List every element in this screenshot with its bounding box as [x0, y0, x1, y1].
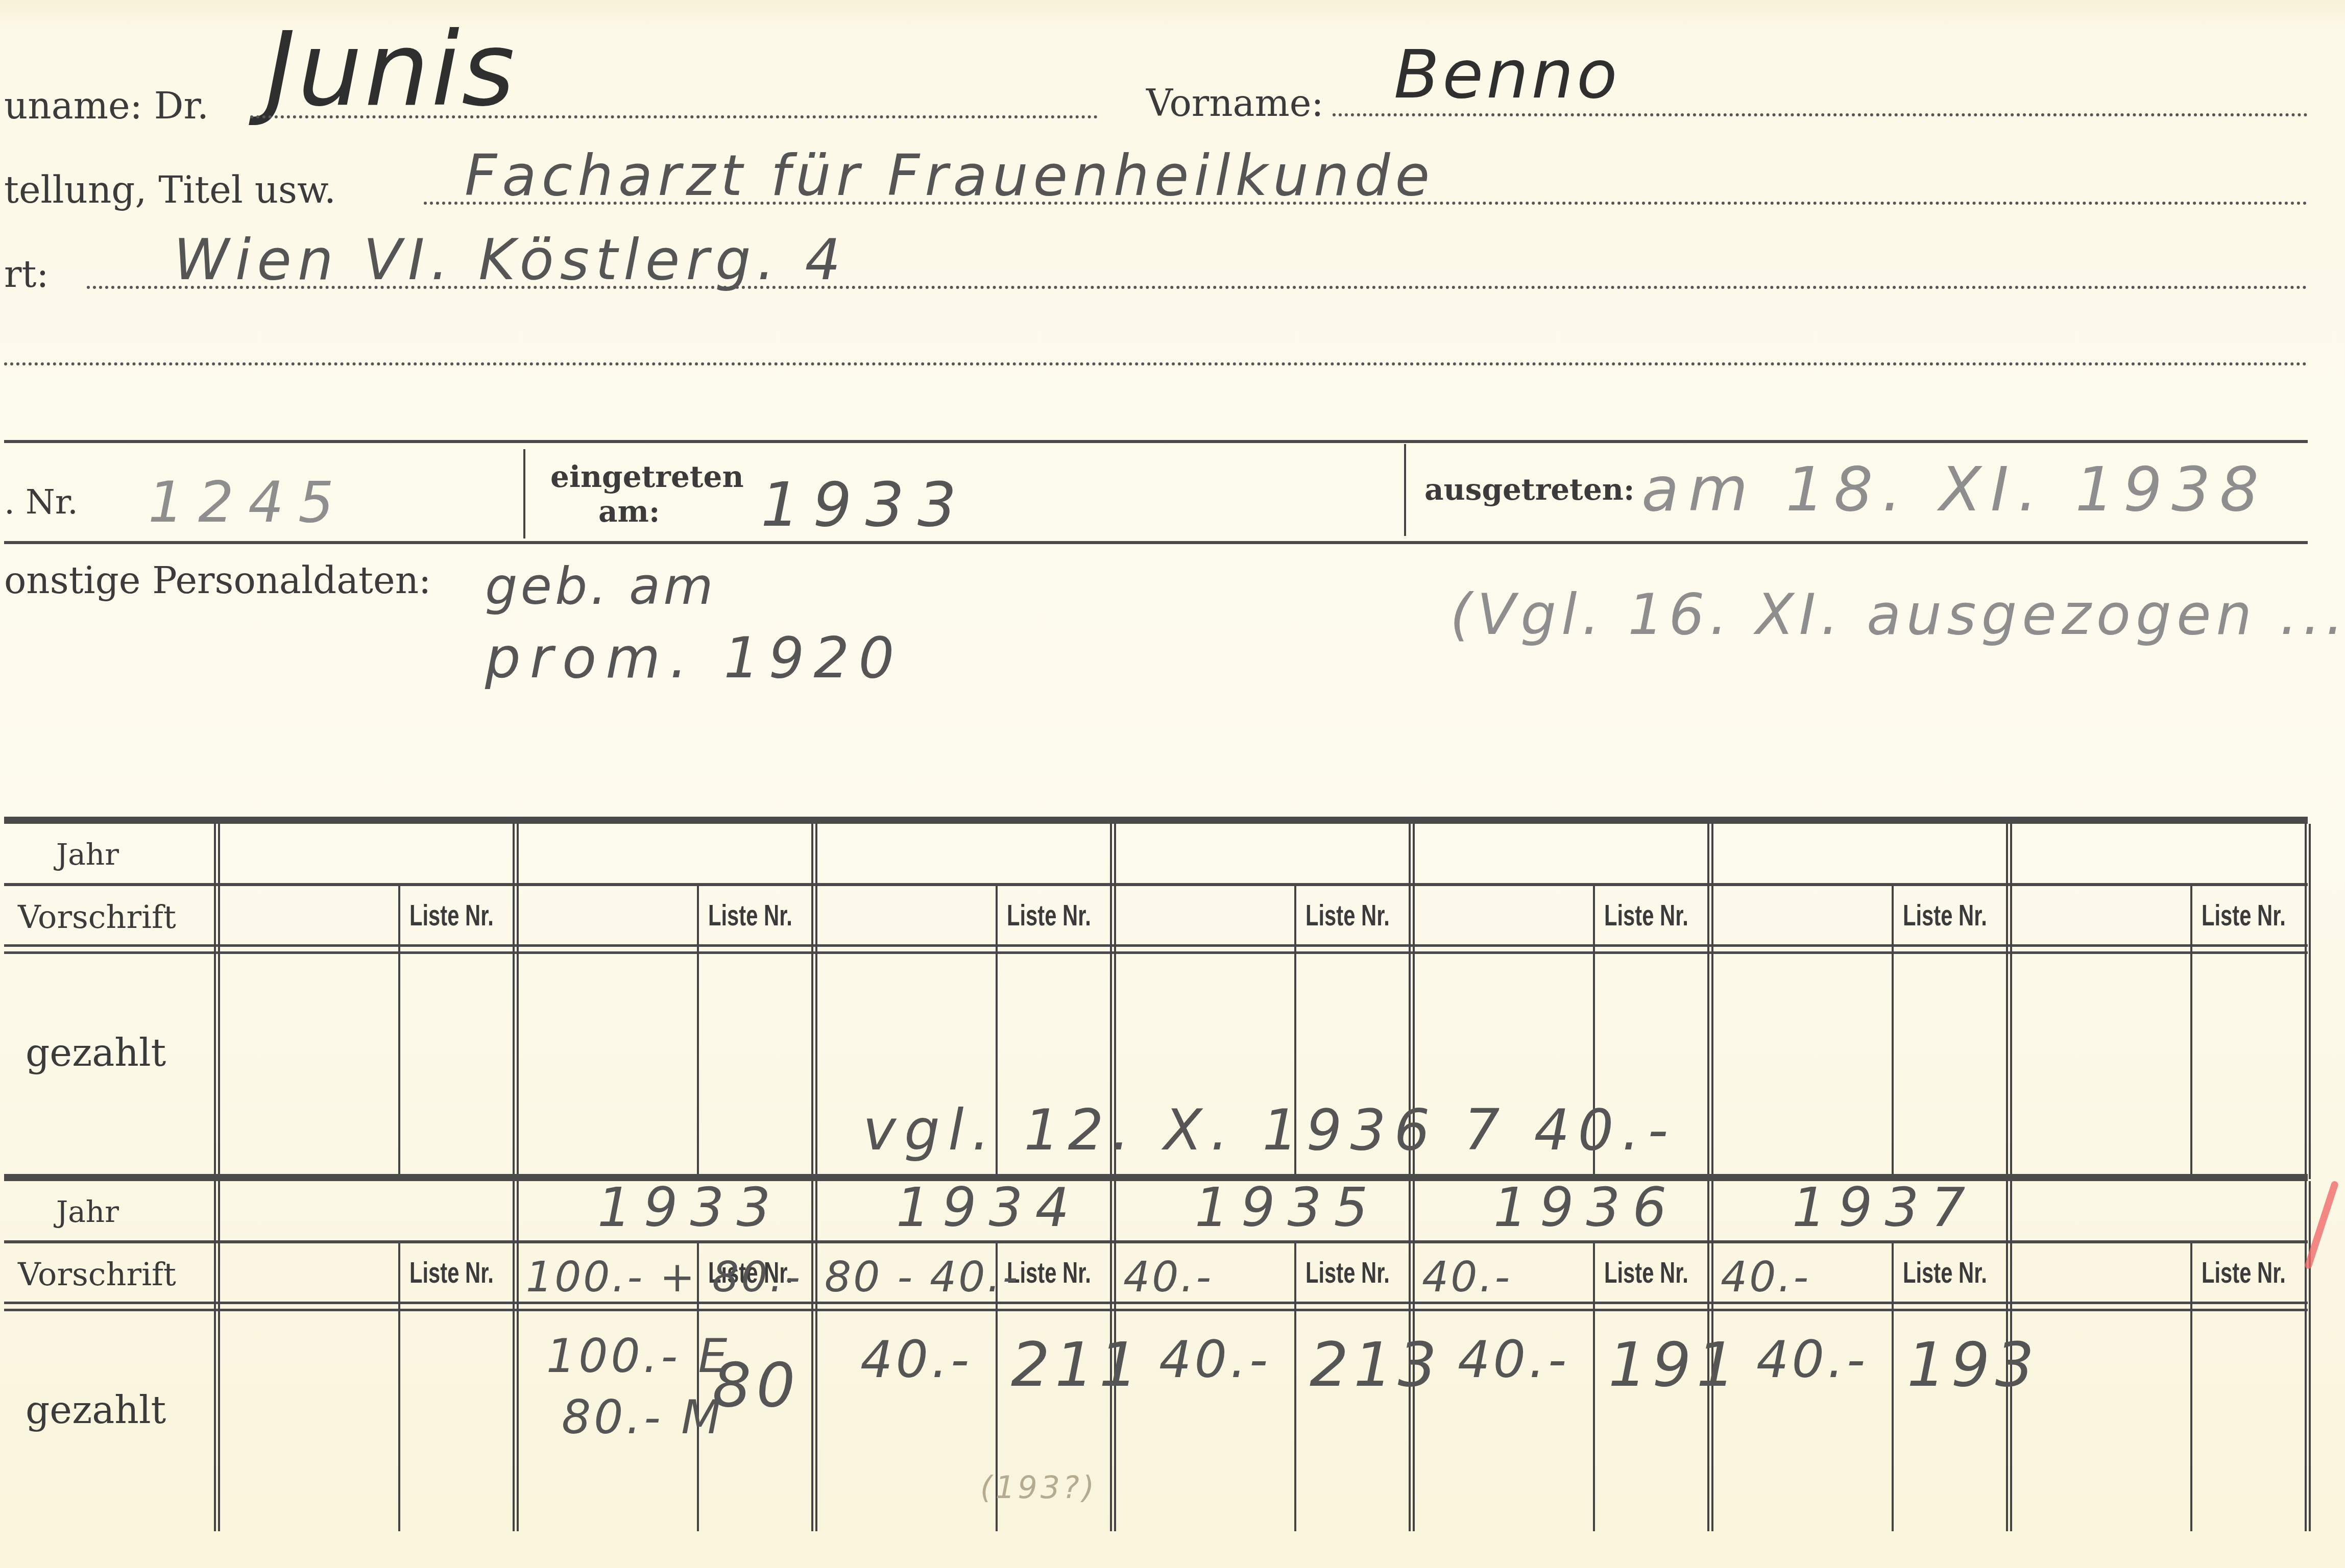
liste-column-divider — [1593, 1243, 1595, 1531]
liste-nr-header: Liste Nr. — [409, 898, 494, 933]
table-column-divider — [2305, 1181, 2311, 1531]
liste-nr-value: 80 — [712, 1350, 801, 1421]
vorname-dotted-line — [1333, 113, 2308, 116]
liste-nr-header: Liste Nr. — [1604, 1256, 1688, 1290]
stellung-value: Facharzt für Frauenheilkunde — [465, 143, 1435, 208]
membership-top-rule — [4, 440, 2308, 443]
table-rule-vorschrift-b — [4, 951, 2308, 954]
liste-nr-header: Liste Nr. — [2202, 1256, 2286, 1290]
table-rule-vorschrift-a — [4, 1302, 2308, 1304]
ausgetreten-label: ausgetreten: — [1424, 472, 1634, 507]
nr-label: . Nr. — [4, 482, 78, 522]
table-rule-vorschrift-a — [4, 944, 2308, 947]
gezahlt-value: 40.- — [1159, 1330, 1271, 1389]
vorschrift-value: 40.- — [1721, 1253, 1810, 1302]
year-value: 1936 — [1493, 1177, 1679, 1239]
table-column-divider — [214, 1181, 220, 1531]
gezahlt-value-m: 80.- M — [562, 1391, 724, 1444]
table-column-divider — [513, 1181, 519, 1531]
table-rule-jahr — [4, 1240, 2308, 1243]
gezahlt-value: 40.- — [1458, 1330, 1569, 1389]
row-label-jahr: Jahr — [56, 837, 119, 872]
personal-label: onstige Personaldaten: — [4, 559, 431, 602]
year-value: 1937 — [1792, 1177, 1977, 1239]
liste-column-divider — [398, 886, 400, 1179]
membership-divider-1 — [523, 449, 525, 538]
vorname-label: Vorname: — [1146, 82, 1324, 125]
membership-divider-2 — [1404, 444, 1406, 536]
membership-bottom-rule — [4, 541, 2308, 544]
vorschrift-value: 40.- — [1123, 1253, 1213, 1302]
year-value: 1934 — [896, 1177, 1081, 1239]
table-column-divider — [513, 824, 519, 1179]
row-label-gezahlt: gezahlt — [26, 1031, 166, 1075]
nr-value: 1245 — [148, 470, 348, 535]
gezahlt-value: 40.- — [860, 1330, 972, 1389]
personal-note: (Vgl. 16. XI. ausgezogen ... ) — [1450, 582, 2345, 647]
zuname-dotted-line — [250, 115, 1098, 118]
row-label-vorschrift: Vorschrift — [18, 898, 176, 936]
liste-nr-header: Liste Nr. — [1604, 898, 1688, 933]
liste-column-divider — [2190, 1243, 2192, 1531]
row-label-vorschrift: Vorschrift — [18, 1256, 176, 1293]
liste-column-divider — [398, 1243, 400, 1531]
index-card: uname: Dr. Junis Vorname: Benno tellung,… — [0, 0, 2345, 1568]
table-rule-jahr — [4, 883, 2308, 886]
liste-nr-value: 213 — [1310, 1330, 1442, 1401]
personal-line2: prom. 1920 — [485, 625, 903, 691]
ausgetreten-value: am 18. XI. 1938 — [1641, 454, 2268, 525]
liste-nr-value: 211 — [1011, 1330, 1143, 1401]
eingetreten-am-label: am: — [598, 494, 660, 529]
liste-column-divider — [697, 886, 699, 1179]
stellung-label: tellung, Titel usw. — [4, 168, 336, 211]
ort-dotted-line — [87, 286, 2308, 289]
vorschrift-value: 40.- — [1422, 1253, 1512, 1302]
liste-nr-header: Liste Nr. — [409, 1256, 494, 1290]
row-label-jahr: Jahr — [56, 1194, 119, 1229]
table-column-divider — [2006, 824, 2012, 1179]
ort-label: rt: — [4, 253, 49, 296]
blank-dotted-line — [4, 362, 2308, 365]
liste-nr-header: Liste Nr. — [2202, 898, 2286, 933]
table-column-divider — [811, 1181, 817, 1531]
personal-line1: geb. am — [485, 556, 716, 616]
liste-nr-header: Liste Nr. — [1903, 898, 1987, 933]
table-thick-rule — [4, 817, 2308, 824]
year-value: 1935 — [1195, 1177, 1380, 1239]
vorname-value: Benno — [1394, 36, 1621, 113]
liste-nr-header: Liste Nr. — [708, 898, 792, 933]
year-value: 1933 — [597, 1177, 783, 1239]
table-column-divider — [2305, 824, 2311, 1179]
liste-nr-value: 191 — [1608, 1330, 1740, 1401]
liste-column-divider — [2190, 886, 2192, 1179]
liste-column-divider — [1892, 1243, 1894, 1531]
table-column-divider — [1707, 824, 1713, 1179]
table-column-divider — [214, 824, 220, 1179]
liste-nr-header: Liste Nr. — [1903, 1256, 1987, 1290]
liste-nr-header: Liste Nr. — [1306, 898, 1390, 933]
ort-value: Wien VI. Köstlerg. 4 — [174, 227, 847, 292]
eingetreten-value: 1933 — [761, 470, 970, 541]
gezahlt-value: 40.- — [1756, 1330, 1868, 1389]
stellung-dotted-line — [424, 202, 2308, 205]
vorschrift-value: 100.- + 80.- — [526, 1253, 802, 1302]
table-column-divider — [811, 824, 817, 1179]
liste-nr-header: Liste Nr. — [1306, 1256, 1390, 1290]
row-label-gezahlt: gezahlt — [26, 1388, 166, 1432]
gezahlt-value-e: 100.- E — [546, 1330, 730, 1383]
zuname-label: uname: Dr. — [4, 84, 209, 127]
liste-nr-value: 193 — [1907, 1330, 2039, 1401]
table-rule-vorschrift-b — [4, 1309, 2308, 1311]
eingetreten-label: eingetreten — [550, 459, 744, 494]
liste-column-divider — [1294, 1243, 1296, 1531]
zuname-value: Junis — [265, 10, 517, 129]
faint-note: (193?) — [980, 1470, 1097, 1506]
top-gezahlt-note: vgl. 12. X. 1936 7 40.- — [863, 1097, 1676, 1163]
liste-column-divider — [1892, 886, 1894, 1179]
vorschrift-value: 80 - 40.- — [825, 1253, 1020, 1302]
liste-nr-header: Liste Nr. — [1007, 898, 1091, 933]
